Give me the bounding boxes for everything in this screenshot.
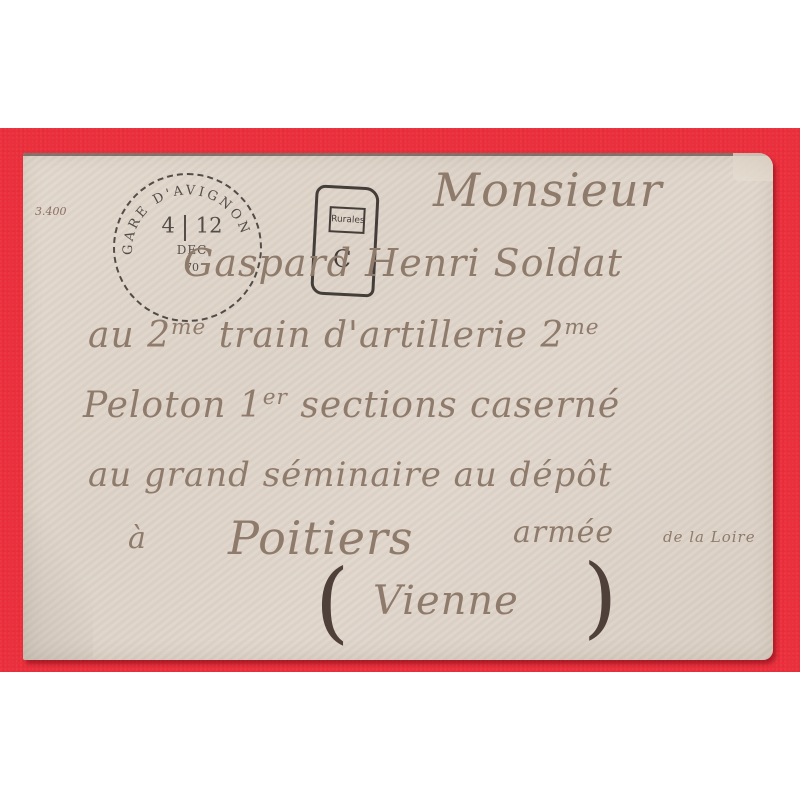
address-department: Vienne xyxy=(373,578,519,624)
address-line-4: Peloton 1er sections caserné xyxy=(83,385,620,426)
address-line-2: Gaspard Henri Soldat xyxy=(183,241,623,285)
address-line-3: au 2me train d'artillerie 2me xyxy=(88,315,600,356)
envelope: 3.400 GARE D'AVIGNON 4 12 DEC 70 Rurales… xyxy=(23,153,773,660)
paren-close: ) xyxy=(583,553,617,641)
address-army-suffix: de la Loire xyxy=(663,528,756,546)
boxed-postmark-label: Rurales xyxy=(328,206,365,234)
envelope-top-edge xyxy=(23,153,773,156)
pencil-note: 3.400 xyxy=(35,205,67,218)
postmark-hour: 12 xyxy=(196,214,223,238)
address-line-1: Monsieur xyxy=(433,163,663,217)
address-line-5: au grand séminaire au dépôt xyxy=(88,455,612,495)
postmark-day: 4 xyxy=(162,214,175,238)
envelope-flap-shadow xyxy=(23,513,93,660)
paren-open: ( xyxy=(315,558,349,646)
corner-fold xyxy=(733,153,773,181)
address-line-6-a: à xyxy=(128,521,147,556)
